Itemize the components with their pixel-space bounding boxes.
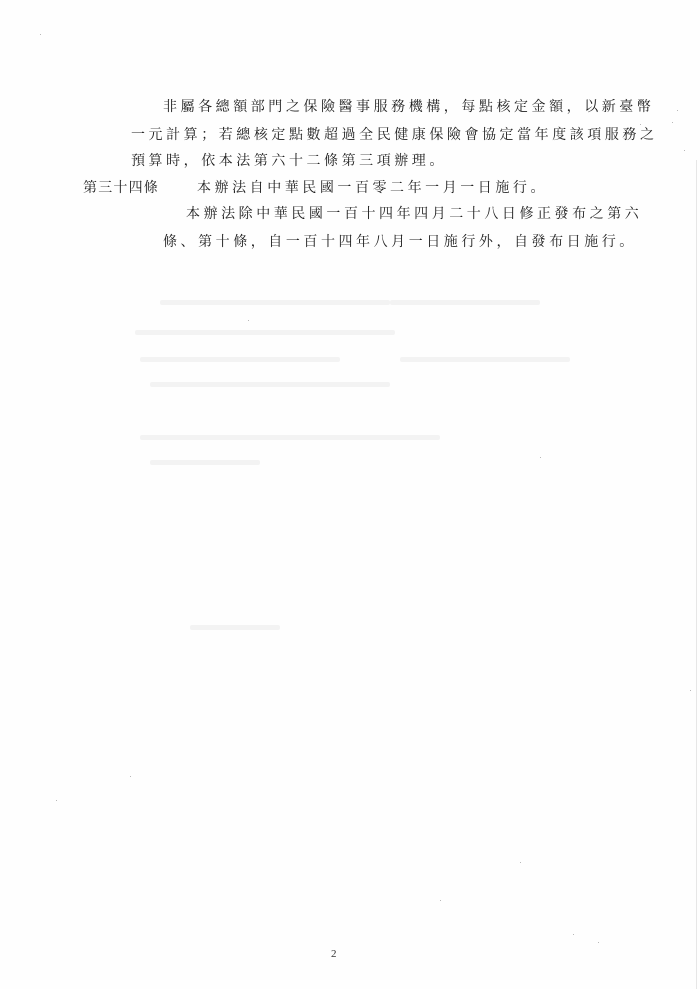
scan-speck: [573, 934, 574, 935]
show-through: [160, 300, 390, 305]
body-text-line: 預算時，依本法第六十二條第三項辦理。: [131, 152, 447, 170]
scan-speck: [56, 800, 57, 801]
article-number: 第三十四條: [83, 179, 159, 197]
scan-speck: [690, 690, 691, 691]
article-paragraph-2-line: 條、第十條，自一百十四年八月一日施行外，自發布日施行。: [163, 233, 637, 251]
show-through: [135, 330, 395, 335]
body-text-line: 非屬各總額部門之保險醫事服務機構，每點核定金額，以新臺幣: [163, 98, 654, 116]
scan-speck: [40, 34, 41, 35]
show-through: [140, 435, 440, 440]
article-paragraph-1: 本辦法自中華民國一百零二年一月一日施行。: [197, 179, 548, 197]
page-edge: [696, 160, 697, 989]
document-page: 非屬各總額部門之保險醫事服務機構，每點核定金額，以新臺幣 一元計算；若總核定點數…: [0, 0, 700, 989]
scan-speck: [440, 900, 441, 901]
scan-speck: [248, 320, 249, 321]
scan-speck: [640, 124, 641, 125]
scan-speck: [598, 942, 599, 943]
scan-speck: [540, 457, 541, 458]
show-through: [150, 460, 260, 465]
page-number: 2: [331, 948, 337, 960]
scan-speck: [672, 122, 673, 123]
show-through: [150, 382, 390, 387]
scan-speck: [520, 862, 521, 863]
body-text-line: 一元計算；若總核定點數超過全民健康保險會協定當年度該項服務之: [131, 126, 658, 144]
scan-speck: [677, 110, 678, 111]
show-through: [390, 300, 540, 305]
show-through: [190, 625, 280, 630]
show-through: [140, 357, 340, 362]
article-paragraph-2-line: 本辦法除中華民國一百十四年四月二十八日修正發布之第六: [186, 205, 642, 223]
scan-speck: [130, 776, 131, 777]
scan-speck: [684, 150, 685, 151]
show-through: [400, 357, 570, 362]
